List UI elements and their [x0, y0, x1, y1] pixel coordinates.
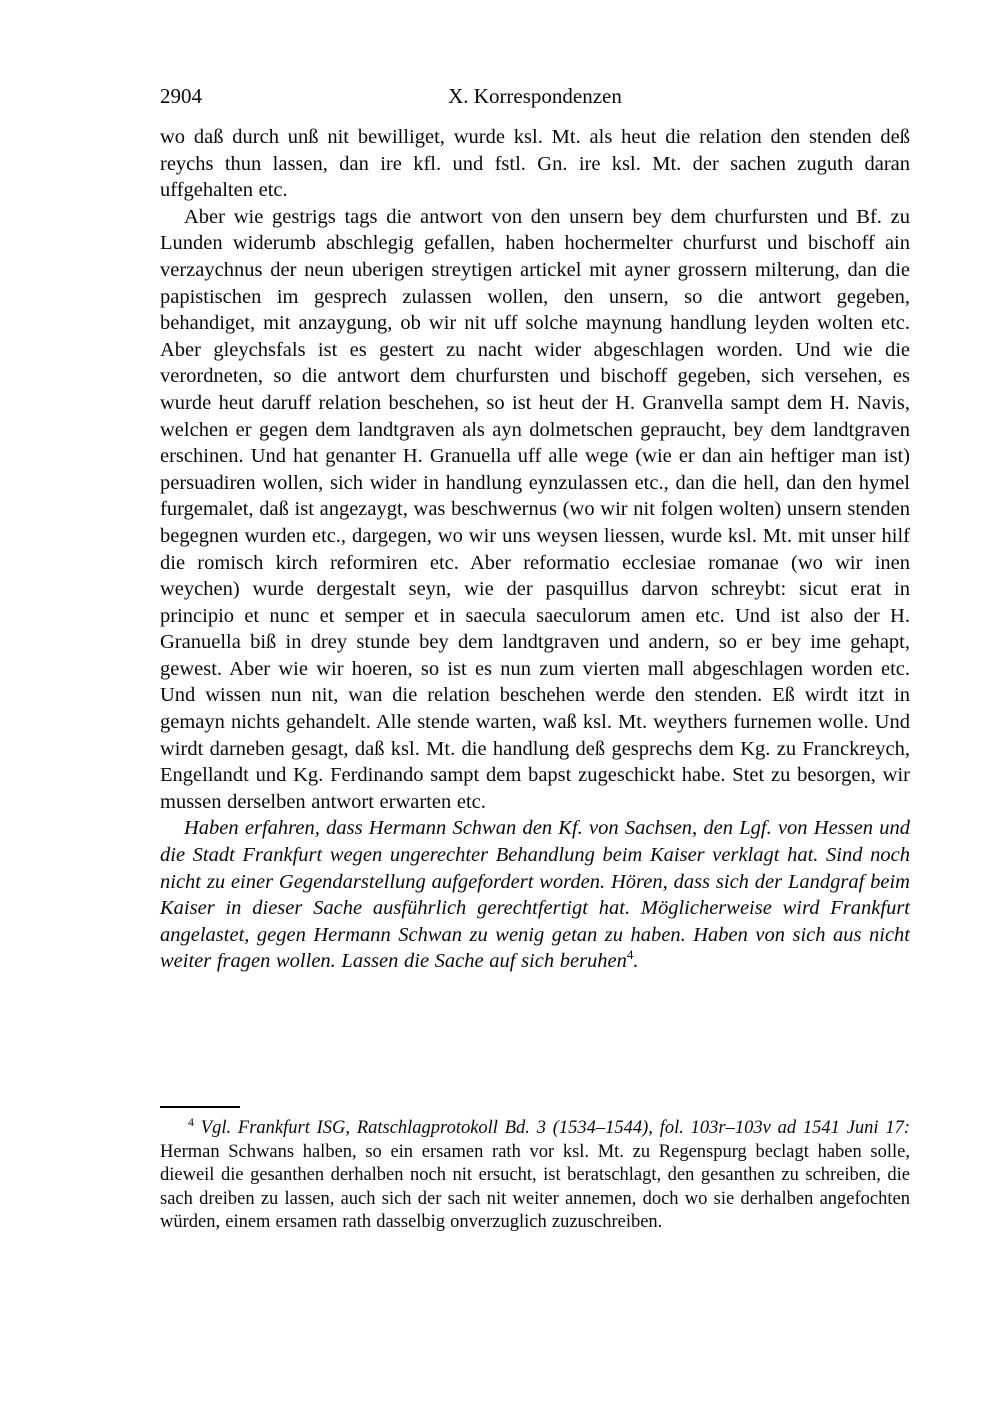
footnote-4: 4 Vgl. Frankfurt ISG, Ratschlagprotokoll… [160, 1117, 910, 1235]
page-number: 2904 [160, 84, 202, 108]
book-page: 2904 X. Korrespondenzen wo daß durch unß… [0, 0, 1004, 1418]
footnote-quote-text: Herman Schwans halben, so ein ersamen ra… [160, 1142, 910, 1233]
footnote-marker: 4 [188, 1115, 194, 1129]
running-title: X. Korrespondenzen [160, 84, 910, 108]
paragraph-text: Haben erfahren, dass Hermann Schwan den … [160, 817, 910, 972]
footnote-section: 4 Vgl. Frankfurt ISG, Ratschlagprotokoll… [160, 1106, 910, 1235]
text-block: 2904 X. Korrespondenzen wo daß durch unß… [160, 84, 910, 975]
paragraph-text-after-ref: . [633, 950, 638, 972]
running-header: 2904 X. Korrespondenzen [160, 84, 910, 110]
paragraph-editorial-summary: Haben erfahren, dass Hermann Schwan den … [160, 815, 910, 975]
footnote-separator-rule [160, 1106, 240, 1108]
footnote-source-citation: Vgl. Frankfurt ISG, Ratschlagprotokoll B… [201, 1118, 910, 1138]
paragraph-continuation: wo daß durch unß nit bewilliget, wurde k… [160, 124, 910, 204]
paragraph-report: Aber wie gestrigs tags die antwort von d… [160, 204, 910, 816]
body-text: wo daß durch unß nit bewilliget, wurde k… [160, 124, 910, 975]
